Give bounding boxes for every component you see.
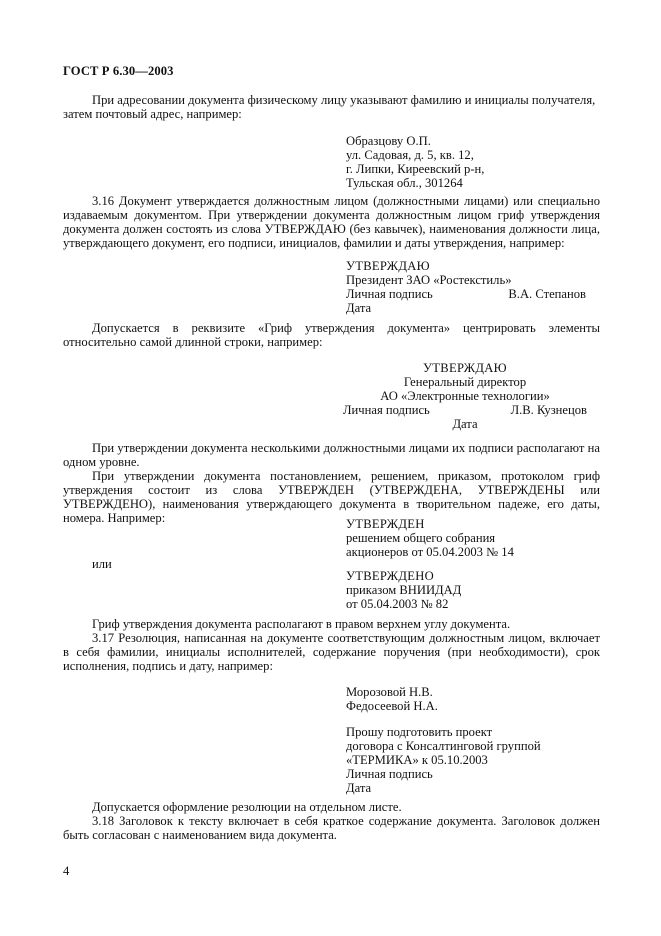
approval-position: Президент ЗАО «Ростекстиль» (346, 273, 586, 287)
approval-block-1: УТВЕРЖДАЮ Президент ЗАО «Ростекстиль» Ли… (346, 259, 586, 315)
address-line: ул. Садовая, д. 5, кв. 12, (346, 148, 484, 162)
recipient-line: Федосеевой Н.А. (346, 699, 541, 713)
date-label: Дата (346, 301, 586, 315)
approved-line: приказом ВНИИДАД (346, 583, 461, 597)
paragraph-3-17: 3.17 Резолюция, написанная на документе … (63, 631, 600, 673)
signature-row: Личная подпись Л.В. Кузнецов (343, 403, 587, 417)
signatory-name: Л.В. Кузнецов (511, 403, 587, 417)
paragraph-addressing: При адресовании документа физическому ли… (63, 93, 600, 121)
address-line: Образцову О.П. (346, 134, 484, 148)
date-label: Дата (343, 417, 587, 431)
or-label: или (92, 557, 112, 571)
signature-label: Личная подпись (346, 767, 541, 781)
resolution-line: «ТЕРМИКА» к 05.10.2003 (346, 753, 541, 767)
signature-row: Личная подпись В.А. Степанов (346, 287, 586, 301)
address-block: Образцову О.П. ул. Садовая, д. 5, кв. 12… (346, 134, 484, 190)
approved-block-1: УТВЕРЖДЕН решением общего собрания акцио… (346, 517, 514, 559)
approved-block-2: УТВЕРЖДЕНО приказом ВНИИДАД от 05.04.200… (346, 569, 461, 611)
paragraph-line: При адресовании документа физическому ли… (92, 93, 595, 107)
resolution-line: Прошу подготовить проект (346, 725, 541, 739)
address-line: Тульская обл., 301264 (346, 176, 484, 190)
paragraph-multiple-signers: При утверждении документа несколькими до… (63, 441, 600, 469)
address-line: г. Липки, Киреевский р-н, (346, 162, 484, 176)
approval-word: УТВЕРЖДАЮ (343, 361, 587, 375)
signature-label: Личная подпись (346, 287, 433, 301)
approved-word: УТВЕРЖДЕНО (346, 569, 461, 583)
document-header: ГОСТ Р 6.30—2003 (63, 64, 174, 78)
paragraph-separate-sheet: Допускается оформление резолюции на отде… (63, 800, 600, 814)
paragraph-centering: Допускается в реквизите «Гриф утверждени… (63, 321, 600, 349)
resolution-line: договора с Консалтинговой группой (346, 739, 541, 753)
signature-label: Личная подпись (343, 403, 430, 417)
approved-line: решением общего собрания (346, 531, 514, 545)
approved-line: от 05.04.2003 № 82 (346, 597, 461, 611)
approval-position: Генеральный директор (343, 375, 587, 389)
approved-word: УТВЕРЖДЕН (346, 517, 514, 531)
date-label: Дата (346, 781, 541, 795)
resolution-block: Морозовой Н.В. Федосеевой Н.А. Прошу под… (346, 685, 541, 795)
paragraph-corner: Гриф утверждения документа располагают в… (63, 617, 600, 631)
approval-block-2: УТВЕРЖДАЮ Генеральный директор АО «Элект… (343, 361, 587, 431)
paragraph-line: затем почтовый адрес, например: (63, 107, 600, 121)
paragraph-3-18: 3.18 Заголовок к тексту включает в себя … (63, 814, 600, 842)
signatory-name: В.А. Степанов (508, 287, 586, 301)
approval-organization: АО «Электронные технологии» (343, 389, 587, 403)
approved-line: акционеров от 05.04.2003 № 14 (346, 545, 514, 559)
paragraph-3-16: 3.16 Документ утверждается должностным л… (63, 194, 600, 250)
page-number: 4 (63, 864, 69, 878)
recipient-line: Морозовой Н.В. (346, 685, 541, 699)
approval-word: УТВЕРЖДАЮ (346, 259, 586, 273)
paragraph-decree: При утверждении документа постановлением… (63, 469, 600, 525)
